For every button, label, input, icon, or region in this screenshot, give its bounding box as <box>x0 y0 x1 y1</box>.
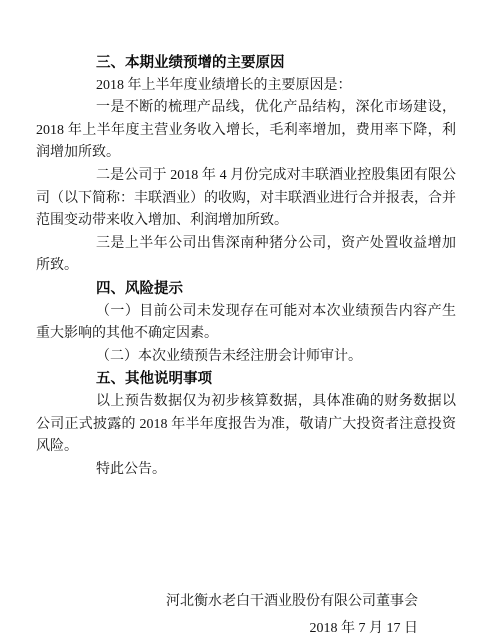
paragraph-risk-1: （一）目前公司未发现存在可能对本次业绩预告内容产生重大影响的其他不确定因素。 <box>36 301 456 346</box>
paragraph-risk-2: （二）本次业绩预告未经注册会计师审计。 <box>36 346 456 369</box>
paragraph-reason-1: 一是不断的梳理产品线，优化产品结构，深化市场建设，2018 年上半年度主营业务收… <box>36 97 456 165</box>
section-heading-risk-notice: 四、风险提示 <box>36 278 456 301</box>
paragraph-other-notes: 以上预告数据仅为初步核算数据，具体准确的财务数据以公司正式披露的 2018 年半… <box>36 391 456 459</box>
paragraph-reason-3: 三是上半年公司出售深南种猪分公司，资产处置收益增加所致。 <box>36 233 456 278</box>
signature-block: 河北衡水老白干酒业股份有限公司董事会 2018 年 7 月 17 日 <box>36 589 456 635</box>
section-heading-other-notes: 五、其他说明事项 <box>36 368 456 391</box>
announcement-page: 三、本期业绩预增的主要原因 2018 年上半年度业绩增长的主要原因是： 一是不断… <box>0 0 487 635</box>
paragraph-reason-intro: 2018 年上半年度业绩增长的主要原因是： <box>36 75 456 98</box>
paragraph-reason-2: 二是公司于 2018 年 4 月份完成对丰联酒业控股集团有限公司（以下简称：丰联… <box>36 165 456 233</box>
section-heading-main-reasons: 三、本期业绩预增的主要原因 <box>36 52 456 75</box>
signature-date: 2018 年 7 月 17 日 <box>36 616 418 635</box>
paragraph-closing: 特此公告。 <box>36 459 456 482</box>
announcement-body: 三、本期业绩预增的主要原因 2018 年上半年度业绩增长的主要原因是： 一是不断… <box>36 52 456 635</box>
signature-company: 河北衡水老白干酒业股份有限公司董事会 <box>36 589 418 616</box>
